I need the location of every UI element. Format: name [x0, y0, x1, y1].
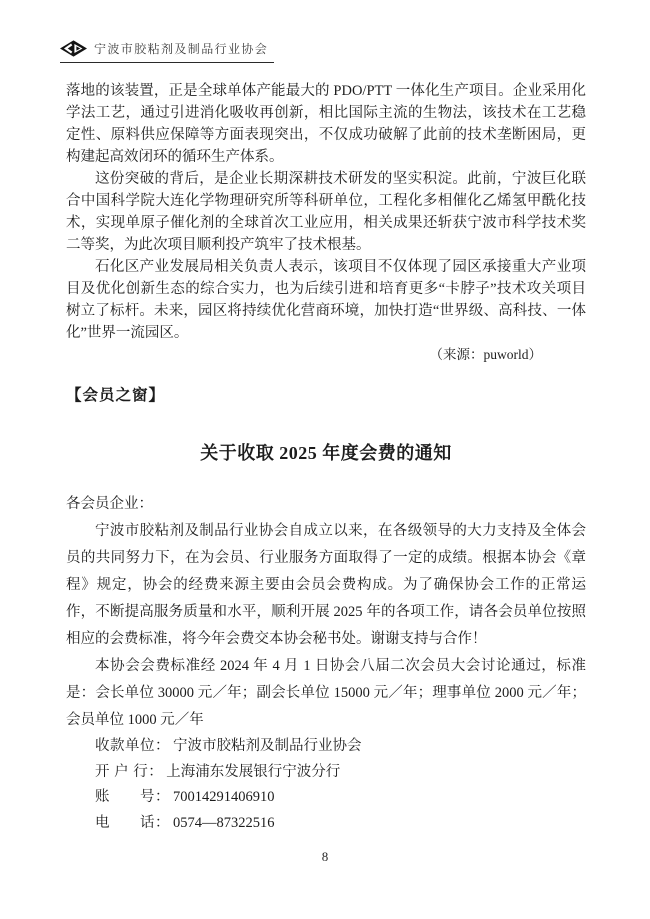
- section-label: 【会员之窗】: [66, 383, 586, 405]
- detail-label: 账 号：: [95, 789, 170, 805]
- detail-label: 开 户 行：: [95, 764, 163, 780]
- notice-body: 各会员企业： 宁波市胶粘剂及制品行业协会自成立以来，在各级领导的大力支持及全体会…: [66, 491, 586, 836]
- detail-row-account: 账 号：70014291406910: [66, 785, 586, 811]
- detail-label: 收款单位：: [95, 738, 170, 754]
- detail-row-phone: 电 话：0574—87322516: [66, 811, 586, 837]
- payment-details: 收款单位：宁波市胶粘剂及制品行业协会 开 户 行：上海浦东发展银行宁波分行 账 …: [66, 734, 586, 836]
- detail-value: 0574—87322516: [170, 815, 275, 831]
- detail-label: 电 话：: [95, 815, 170, 831]
- salutation: 各会员企业：: [66, 491, 586, 518]
- document-page: 宁波市胶粘剂及制品行业协会 落地的该装置，正是全球单体产能最大的 PDO/PTT…: [0, 0, 650, 919]
- association-logo-icon: [60, 40, 87, 57]
- notice-title: 关于收取 2025 年度会费的通知: [66, 439, 586, 465]
- page-header: 宁波市胶粘剂及制品行业协会: [60, 40, 274, 63]
- article-paragraph: 落地的该装置，正是全球单体产能最大的 PDO/PTT 一体化生产项目。企业采用化…: [66, 80, 586, 168]
- detail-value: 宁波市胶粘剂及制品行业协会: [170, 738, 362, 754]
- page-content: 宁波市胶粘剂及制品行业协会 落地的该装置，正是全球单体产能最大的 PDO/PTT…: [0, 0, 650, 836]
- detail-row-bank: 开 户 行：上海浦东发展银行宁波分行: [66, 760, 586, 786]
- article-body: 落地的该装置，正是全球单体产能最大的 PDO/PTT 一体化生产项目。企业采用化…: [66, 80, 586, 366]
- detail-value: 上海浦东发展银行宁波分行: [163, 764, 340, 780]
- article-paragraph: 这份突破的背后，是企业长期深耕技术研发的坚实积淀。此前，宁波巨化联合中国科学院大…: [66, 168, 586, 256]
- source-attribution: （来源：puworld）: [66, 344, 586, 366]
- org-name: 宁波市胶粘剂及制品行业协会: [94, 40, 268, 57]
- article-paragraph: 石化区产业发展局相关负责人表示，该项目不仅体现了园区承接重大产业项目及优化创新生…: [66, 256, 586, 344]
- detail-row-payee: 收款单位：宁波市胶粘剂及制品行业协会: [66, 734, 586, 760]
- detail-value: 70014291406910: [170, 789, 275, 805]
- notice-paragraph: 本协会会费标准经 2024 年 4 月 1 日协会八届二次会员大会讨论通过，标准…: [66, 653, 586, 734]
- page-number: 8: [0, 849, 650, 865]
- notice-paragraph: 宁波市胶粘剂及制品行业协会自成立以来，在各级领导的大力支持及全体会员的共同努力下…: [66, 518, 586, 653]
